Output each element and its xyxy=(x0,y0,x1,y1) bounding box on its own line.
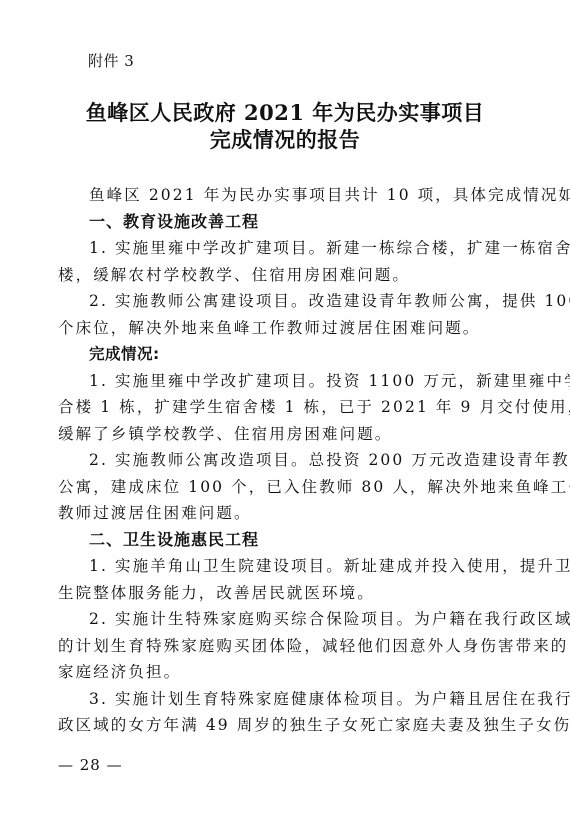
paragraph-line: 生院整体服务能力，改善居民就医环境。 xyxy=(58,580,522,607)
paragraph-line: 教师过渡居住困难问题。 xyxy=(58,500,522,527)
education-item-2: 2. 实施教师公寓建设项目。改造建设青年教师公寓，提供 100 个床位，解决外地… xyxy=(58,288,522,341)
paragraph-line: 2. 实施教师公寓改造项目。总投资 200 万元改造建设青年教师 xyxy=(58,447,522,474)
section-heading-health: 二、卫生设施惠民工程 xyxy=(58,527,522,554)
page-number: — 28 — xyxy=(58,754,123,776)
paragraph-line: 2. 实施教师公寓建设项目。改造建设青年教师公寓，提供 100 xyxy=(58,288,522,315)
paragraph-line: 2. 实施计生特殊家庭购买综合保险项目。为户籍在我行政区域 xyxy=(58,606,522,633)
completion-item-2: 2. 实施教师公寓改造项目。总投资 200 万元改造建设青年教师 公寓，建成床位… xyxy=(58,447,522,527)
paragraph-line: 个床位，解决外地来鱼峰工作教师过渡居住困难问题。 xyxy=(58,315,522,342)
paragraph-line: 3. 实施计划生育特殊家庭健康体检项目。为户籍且居住在我行 xyxy=(58,686,522,713)
paragraph-line: 1. 实施羊角山卫生院建设项目。新址建成并投入使用，提升卫 xyxy=(58,553,522,580)
paragraph-line: 公寓，建成床位 100 个，已入住教师 80 人，解决外地来鱼峰工作 xyxy=(58,474,522,501)
document-body: 鱼峰区 2021 年为民办实事项目共计 10 项，具体完成情况如下: 一、教育设… xyxy=(58,182,522,739)
health-item-2: 2. 实施计生特殊家庭购买综合保险项目。为户籍在我行政区域 的计划生育特殊家庭购… xyxy=(58,606,522,686)
document-title-line-2: 完成情况的报告 xyxy=(0,126,570,153)
document-page: 附件 3 鱼峰区人民政府 2021 年为民办实事项目 完成情况的报告 鱼峰区 2… xyxy=(0,0,570,815)
health-item-3: 3. 实施计划生育特殊家庭健康体检项目。为户籍且居住在我行 政区域的女方年满 4… xyxy=(58,686,522,739)
section-heading-education: 一、教育设施改善工程 xyxy=(58,209,522,236)
health-item-1: 1. 实施羊角山卫生院建设项目。新址建成并投入使用，提升卫 生院整体服务能力，改… xyxy=(58,553,522,606)
completion-heading: 完成情况: xyxy=(58,341,522,368)
paragraph-line: 合楼 1 栋，扩建学生宿舍楼 1 栋，已于 2021 年 9 月交付使用，有效 xyxy=(58,394,522,421)
paragraph-line: 家庭经济负担。 xyxy=(58,659,522,686)
paragraph-line: 1. 实施里雍中学改扩建项目。投资 1100 万元，新建里雍中学综 xyxy=(58,368,522,395)
attachment-label: 附件 3 xyxy=(88,50,134,72)
document-title-line-1: 鱼峰区人民政府 2021 年为民办实事项目 xyxy=(0,99,570,126)
paragraph-line: 1. 实施里雍中学改扩建项目。新建一栋综合楼，扩建一栋宿舍 xyxy=(58,235,522,262)
intro-paragraph: 鱼峰区 2021 年为民办实事项目共计 10 项，具体完成情况如下: xyxy=(58,182,522,209)
education-item-1: 1. 实施里雍中学改扩建项目。新建一栋综合楼，扩建一栋宿舍 楼，缓解农村学校教学… xyxy=(58,235,522,288)
paragraph-line: 楼，缓解农村学校教学、住宿用房困难问题。 xyxy=(58,262,522,289)
paragraph-line: 政区域的女方年满 49 周岁的独生子女死亡家庭夫妻及独生子女伤 xyxy=(58,712,522,739)
paragraph-line: 缓解了乡镇学校教学、住宿用房困难问题。 xyxy=(58,421,522,448)
paragraph-line: 的计划生育特殊家庭购买团体险，减轻他们因意外人身伤害带来的 xyxy=(58,633,522,660)
completion-item-1: 1. 实施里雍中学改扩建项目。投资 1100 万元，新建里雍中学综 合楼 1 栋… xyxy=(58,368,522,448)
